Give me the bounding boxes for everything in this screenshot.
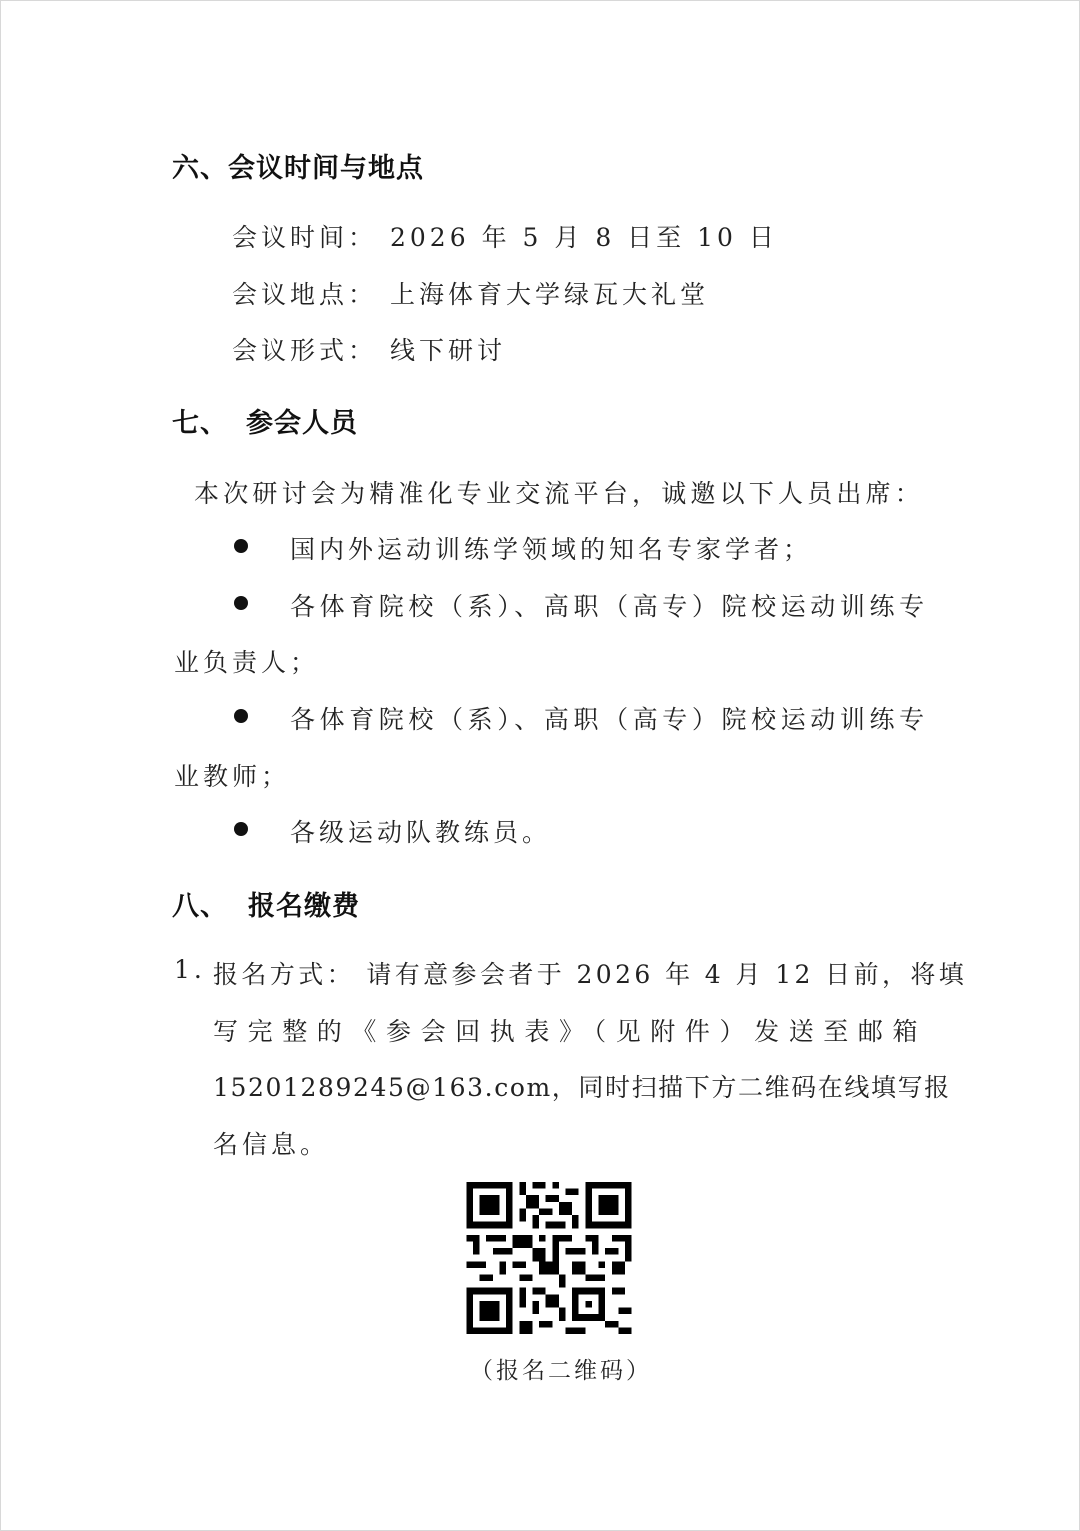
attendee-item-3-line2: 业教师；: [174, 757, 290, 793]
attendee-item-2-line1: 各体育院校（系）、高职（高专）院校运动训练专: [290, 587, 929, 623]
qr-code-icon[interactable]: [466, 1182, 632, 1334]
meeting-time-label: 会议时间：: [232, 218, 390, 254]
registration-line-4: 名信息。: [213, 1125, 329, 1161]
meeting-place-row: 会议地点：上海体育大学绿瓦大礼堂: [232, 275, 709, 311]
section-6-title: 会议时间与地点: [228, 146, 424, 185]
registration-line-2: 写完整的《参会回执表》（见附件）发送至邮箱: [213, 1012, 927, 1048]
bullet-icon: [234, 539, 248, 553]
meeting-place-label: 会议地点：: [232, 275, 390, 311]
section-6-number: 六、: [172, 146, 228, 185]
attendee-item-3-line1: 各体育院校（系）、高职（高专）院校运动训练专: [290, 700, 929, 736]
meeting-place-value: 上海体育大学绿瓦大礼堂: [390, 280, 709, 309]
section-8-heading: 八、报名缴费: [172, 884, 360, 923]
meeting-format-label: 会议形式：: [232, 331, 390, 367]
bullet-icon: [234, 596, 248, 610]
section-8-number: 八、: [172, 884, 248, 923]
bullet-icon: [234, 822, 248, 836]
section-7-number: 七、: [172, 401, 246, 440]
attendee-item-4: 各级运动队教练员。: [290, 813, 551, 849]
section-6-heading: 六、会议时间与地点: [172, 146, 424, 185]
attendee-item-2-line2: 业负责人；: [174, 643, 319, 679]
meeting-format-value: 线下研讨: [390, 336, 506, 365]
registration-index: 1.: [174, 955, 206, 984]
meeting-format-row: 会议形式：线下研讨: [232, 331, 506, 367]
section-7-heading: 七、参会人员: [172, 401, 358, 440]
qr-code-caption: （报名二维码）: [470, 1352, 652, 1385]
bullet-icon: [234, 709, 248, 723]
attendee-item-1: 国内外运动训练学领域的知名专家学者；: [290, 530, 812, 566]
registration-line-1: 报名方式： 请有意参会者于 2026 年 4 月 12 日前，将填: [213, 955, 967, 991]
meeting-time-row: 会议时间：2026 年 5 月 8 日至 10 日: [232, 218, 778, 254]
section-7-title: 参会人员: [246, 401, 358, 440]
registration-line-3: 15201289245@163.com，同时扫描下方二维码在线填写报: [213, 1068, 951, 1104]
meeting-time-value: 2026 年 5 月 8 日至 10 日: [390, 223, 778, 252]
section-8-title: 报名缴费: [248, 884, 360, 923]
attendees-intro: 本次研讨会为精准化专业交流平台，诚邀以下人员出席：: [194, 474, 924, 510]
